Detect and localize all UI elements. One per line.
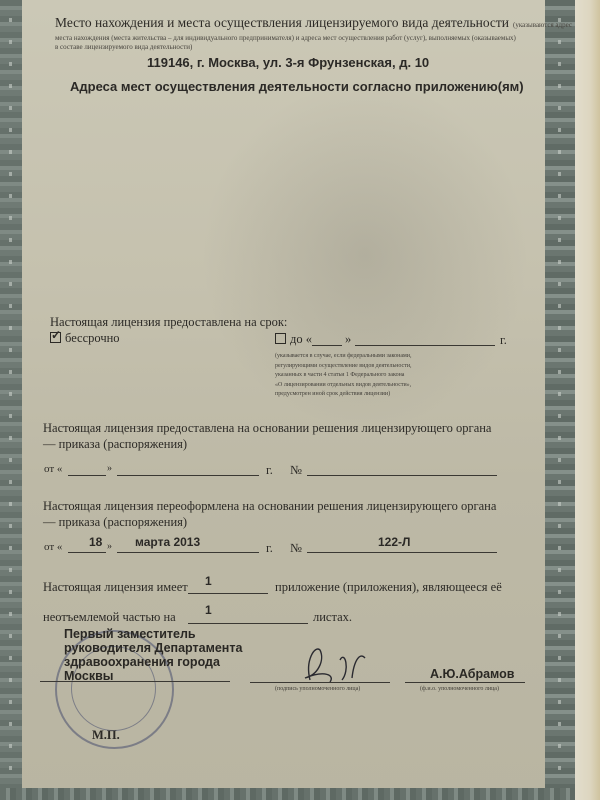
until-checkbox [275, 333, 286, 344]
until-quote-close: » [345, 332, 351, 347]
border-pattern-left [9, 0, 12, 788]
appendix-sheets: 1 [205, 603, 212, 617]
position-line: руководителя Департамента [64, 641, 242, 655]
granted-from-label: от « [44, 463, 62, 475]
appendix-sheets-line [188, 623, 308, 624]
name-caption: (ф.и.о. уполномоченного лица) [420, 685, 499, 695]
granted-line1: Настоящая лицензия предоставлена на осно… [43, 421, 491, 436]
location-heading-row: Место нахождения и места осуществления л… [55, 14, 572, 32]
term-heading: Настоящая лицензия предоставлена на срок… [50, 315, 287, 330]
term-note-line: «О лицензировании отдельных видов деятел… [275, 381, 412, 391]
granted-day-line [68, 475, 106, 476]
license-address: 119146, г. Москва, ул. 3-я Фрунзенская, … [147, 55, 429, 70]
reissued-month-year: марта 2013 [135, 535, 200, 549]
location-heading: Место нахождения и места осуществления л… [55, 15, 509, 30]
granted-line2: — приказа (распоряжения) [43, 437, 187, 452]
until-day-line [312, 345, 342, 346]
location-note-line3: в составе лицензируемого вида деятельнос… [55, 42, 192, 52]
activity-addresses: Адреса мест осуществления деятельности с… [70, 79, 524, 94]
until-year-suffix: г. [500, 333, 507, 348]
granted-month-line [117, 475, 259, 476]
reissued-line2: — приказа (распоряжения) [43, 515, 187, 530]
page-margin [575, 0, 600, 800]
reissued-number: 122-Л [378, 535, 410, 549]
guilloche-border-bottom [0, 788, 575, 800]
appendix-line2-prefix: неотъемлемой частью на [43, 610, 176, 625]
appendix-count-line [188, 593, 268, 594]
position-underline [40, 681, 230, 682]
reissued-quote-close: » [107, 541, 112, 552]
appendix-line1-suffix: приложение (приложения), являющееся её [275, 580, 502, 595]
position-line: здравоохранения города [64, 655, 242, 669]
reissued-day: 18 [89, 535, 102, 549]
reissued-number-label: № [290, 541, 302, 556]
name-line [405, 682, 525, 683]
appendix-count: 1 [205, 574, 212, 588]
term-note: (указывается в случае, если федеральными… [275, 352, 412, 400]
reissued-line1: Настоящая лицензия переоформлена на осно… [43, 499, 496, 514]
term-note-line: регулирующими осуществление видов деятел… [275, 362, 412, 372]
indefinite-checkbox [50, 332, 61, 343]
reissued-day-line [68, 552, 106, 553]
signature-line [250, 682, 390, 683]
term-note-line: (указывается в случае, если федеральными… [275, 352, 412, 362]
position-line: Первый заместитель [64, 627, 242, 641]
indefinite-label: бессрочно [65, 331, 120, 345]
reissued-year-suffix: г. [266, 541, 273, 556]
granted-number-line [307, 475, 497, 476]
until-label: до « [290, 332, 312, 346]
appendix-line1-prefix: Настоящая лицензия имеет [43, 580, 188, 595]
granted-number-label: № [290, 463, 302, 478]
signatory-name: А.Ю.Абрамов [430, 667, 514, 681]
granted-year-suffix: г. [266, 463, 273, 478]
appendix-line2-suffix: листах. [313, 610, 352, 625]
term-indefinite-option: бессрочно [50, 331, 120, 346]
location-heading-note: (указываются адрес [513, 21, 572, 29]
signature-caption: (подпись уполномоченного лица) [275, 685, 360, 695]
term-note-line: указанных в части 4 статьи 1 Федеральног… [275, 371, 412, 381]
signatory-position: Первый заместитель руководителя Департам… [64, 627, 242, 683]
reissued-from-label: от « [44, 541, 62, 553]
border-pattern-right [558, 0, 561, 788]
term-until-option: до « [275, 332, 312, 347]
term-note-line: предусмотрен иной срок действия лицензии… [275, 390, 412, 400]
granted-quote-close: » [107, 463, 112, 474]
seal-label: М.П. [92, 728, 120, 743]
reissued-month-line [117, 552, 259, 553]
signature [290, 640, 380, 685]
reissued-number-line [307, 552, 497, 553]
until-month-line [355, 345, 495, 346]
